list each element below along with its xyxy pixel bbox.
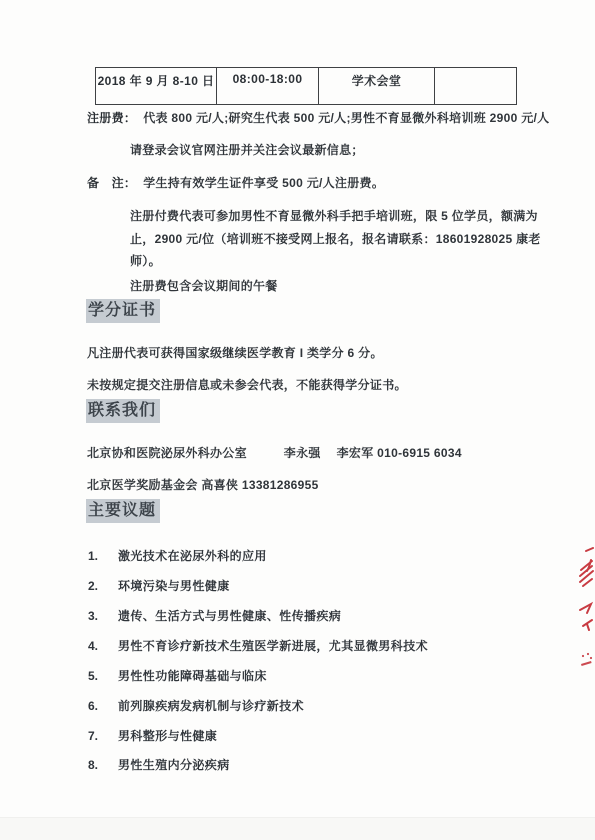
topic-text: 前列腺疾病发病机制与诊疗新技术 [118,698,304,714]
credit-line2: 未按规定提交注册信息或未参会代表，不能获得学分证书。 [87,377,407,393]
credit-section-heading: 学分证书 [86,299,160,323]
topic-number: 7. [88,728,98,744]
schedule-cell-venue: 学术会堂 [319,68,435,105]
registration-fee-label: 注册费： [87,111,136,125]
topic-number: 4. [88,638,98,654]
topic-number: 2. [88,578,98,594]
schedule-cell-extra [435,68,517,105]
topics-section-heading: 主要议题 [86,499,160,523]
schedule-row: 2018 年 9 月 8-10 日 08:00-18:00 学术会堂 [96,68,517,105]
scanned-document-page: 2018 年 9 月 8-10 日 08:00-18:00 学术会堂 注册费：代… [0,0,595,840]
topic-number: 6. [88,698,98,714]
topic-number: 3. [88,608,98,624]
remarks-training-note-line1: 注册付费代表可参加男性不育显微外科手把手培训班，限 5 位学员，额满为 [130,208,538,224]
remarks-line: 备 注：学生持有效学生证件享受 500 元/人注册费。 [87,175,384,191]
remarks-lunch-note: 注册费包含会议期间的午餐 [130,278,278,294]
credit-line1: 凡注册代表可获得国家级继续医学教育 I 类学分 6 分。 [87,345,383,361]
schedule-table: 2018 年 9 月 8-10 日 08:00-18:00 学术会堂 [95,67,517,105]
topic-number: 5. [88,668,98,684]
topic-number: 8. [88,757,98,773]
remarks-training-note-line3: 师）。 [130,253,161,269]
topic-text: 男性不育诊疗新技术生殖医学新进展，尤其显微男科技术 [118,638,428,654]
registration-fee-text: 代表 800 元/人;研究生代表 500 元/人;男性不育显微外科培训班 290… [143,111,549,125]
topic-text: 男性性功能障碍基础与临床 [118,668,267,684]
red-stamp-mark [577,540,595,670]
topic-number: 1. [88,548,98,564]
contact-line1: 北京协和医院泌尿外科办公室 李永强 李宏军 010-6915 6034 [87,445,462,461]
registration-fee-line: 注册费：代表 800 元/人;研究生代表 500 元/人;男性不育显微外科培训班… [87,110,549,126]
scan-shadow-edge [0,817,595,840]
remarks-training-note-line2: 止，2900 元/位（培训班不接受网上报名，报名请联系：18601928025 … [130,231,541,247]
remarks-label: 备 注： [87,176,136,190]
schedule-cell-time: 08:00-18:00 [217,68,319,105]
contact-line2: 北京医学奖励基金会 高喜侠 13381286955 [87,477,319,493]
topic-text: 遗传、生活方式与男性健康、性传播疾病 [118,608,341,624]
remarks-student-note: 学生持有效学生证件享受 500 元/人注册费。 [143,176,384,190]
schedule-cell-date: 2018 年 9 月 8-10 日 [96,68,217,105]
topic-text: 男科整形与性健康 [118,728,217,744]
topic-text: 环境污染与男性健康 [118,578,230,594]
topic-text: 激光技术在泌尿外科的应用 [118,548,267,564]
contact-section-heading: 联系我们 [86,399,160,423]
registration-website-note: 请登录会议官网注册并关注会议最新信息； [130,142,364,158]
topic-text: 男性生殖内分泌疾病 [118,757,230,773]
